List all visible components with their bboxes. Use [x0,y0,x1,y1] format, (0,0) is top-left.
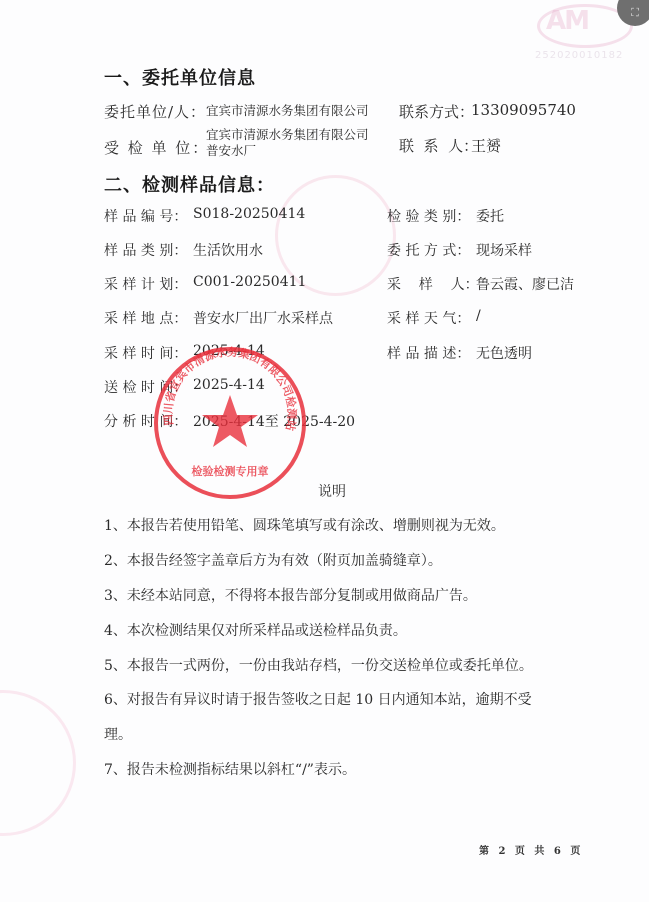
note-item-5: 5、本报告一式两份，一份由我站存档，一份交送检单位或委托单位。 [104,655,533,675]
commission-method-value: 现场采样 [476,240,532,260]
contact-method-label: 联系方式： [399,101,474,122]
note-item-7: 7、报告未检测指标结果以斜杠“/”表示。 [104,759,356,779]
watermark-number: 252020010182 [535,50,623,61]
contact-method-value: 13309095740 [471,101,576,119]
inspection-category-value: 委托 [476,206,504,226]
client-value: 宜宾市清源水务集团有限公司 [206,103,369,118]
section-title-sample-info: 二、检测样品信息： [104,171,275,197]
page-number: 第 2 页 共 6 页 [479,842,583,857]
notes-title: 说明 [318,481,346,501]
note-item-4: 4、本次检测结果仅对所采样品或送检样品负责。 [104,620,407,640]
note-item-6: 6、对报告有异议时请于报告签收之日起 10 日内通知本站，逾期不受 [104,689,532,709]
expand-icon: ⛶ [631,6,639,20]
faint-seal-arc [0,690,76,836]
sample-description-value: 无色透明 [476,343,532,363]
sample-description-label: 样 品 描 述： [387,343,470,363]
note-item-6-continued: 理。 [104,724,132,744]
inspected-unit-label: 受 检 单 位： [104,137,209,158]
sample-type-value: 生活饮用水 [193,240,263,260]
contact-person-label: 联 系 人： [399,135,478,156]
sample-type-label: 样 品 类 别： [104,240,187,260]
section-title-client-info: 一、委托单位信息 [104,64,256,90]
sample-id-label: 样 品 编 号： [104,206,187,226]
sampler-value: 鲁云霞、廖已洁 [476,274,574,294]
sampling-weather-label: 采 样 天 气： [387,308,470,328]
inspected-unit-value-line1: 宜宾市清源水务集团有限公司 [206,127,369,142]
client-label: 委托单位/人： [104,101,206,122]
svg-text:检验检测专用章: 检验检测专用章 [192,464,269,478]
inspected-unit-value-line2: 普安水厂 [206,143,256,158]
sampling-location-value: 普安水厂出厂水采样点 [193,308,333,328]
note-item-2: 2、本报告经签字盖章后方为有效（附页加盖骑缝章）。 [104,550,442,570]
contact-person-value: 王赟 [471,135,501,156]
sampling-weather-value: / [476,308,481,324]
commission-method-label: 委 托 方 式： [387,240,470,260]
inspection-category-label: 检 验 类 别： [387,206,470,226]
watermark-logo-text: AM [546,6,588,36]
note-item-3: 3、未经本站同意，不得将本报告部分复制或用做商品广告。 [104,585,477,605]
sampling-plan-value: C001-20250411 [193,274,306,290]
sampling-plan-label: 采 样 计 划： [104,274,187,294]
note-item-1: 1、本报告若使用铅笔、圆珠笔填写或有涂改、增删则视为无效。 [104,515,505,535]
sample-id-value: S018-20250414 [193,206,305,222]
sampler-label: 采 样 人： [387,274,479,294]
sampling-location-label: 采 样 地 点： [104,308,187,328]
official-seal-stamp: 四川省宜宾市清源水务集团有限公司检测站 检验检测专用章 [150,343,310,503]
